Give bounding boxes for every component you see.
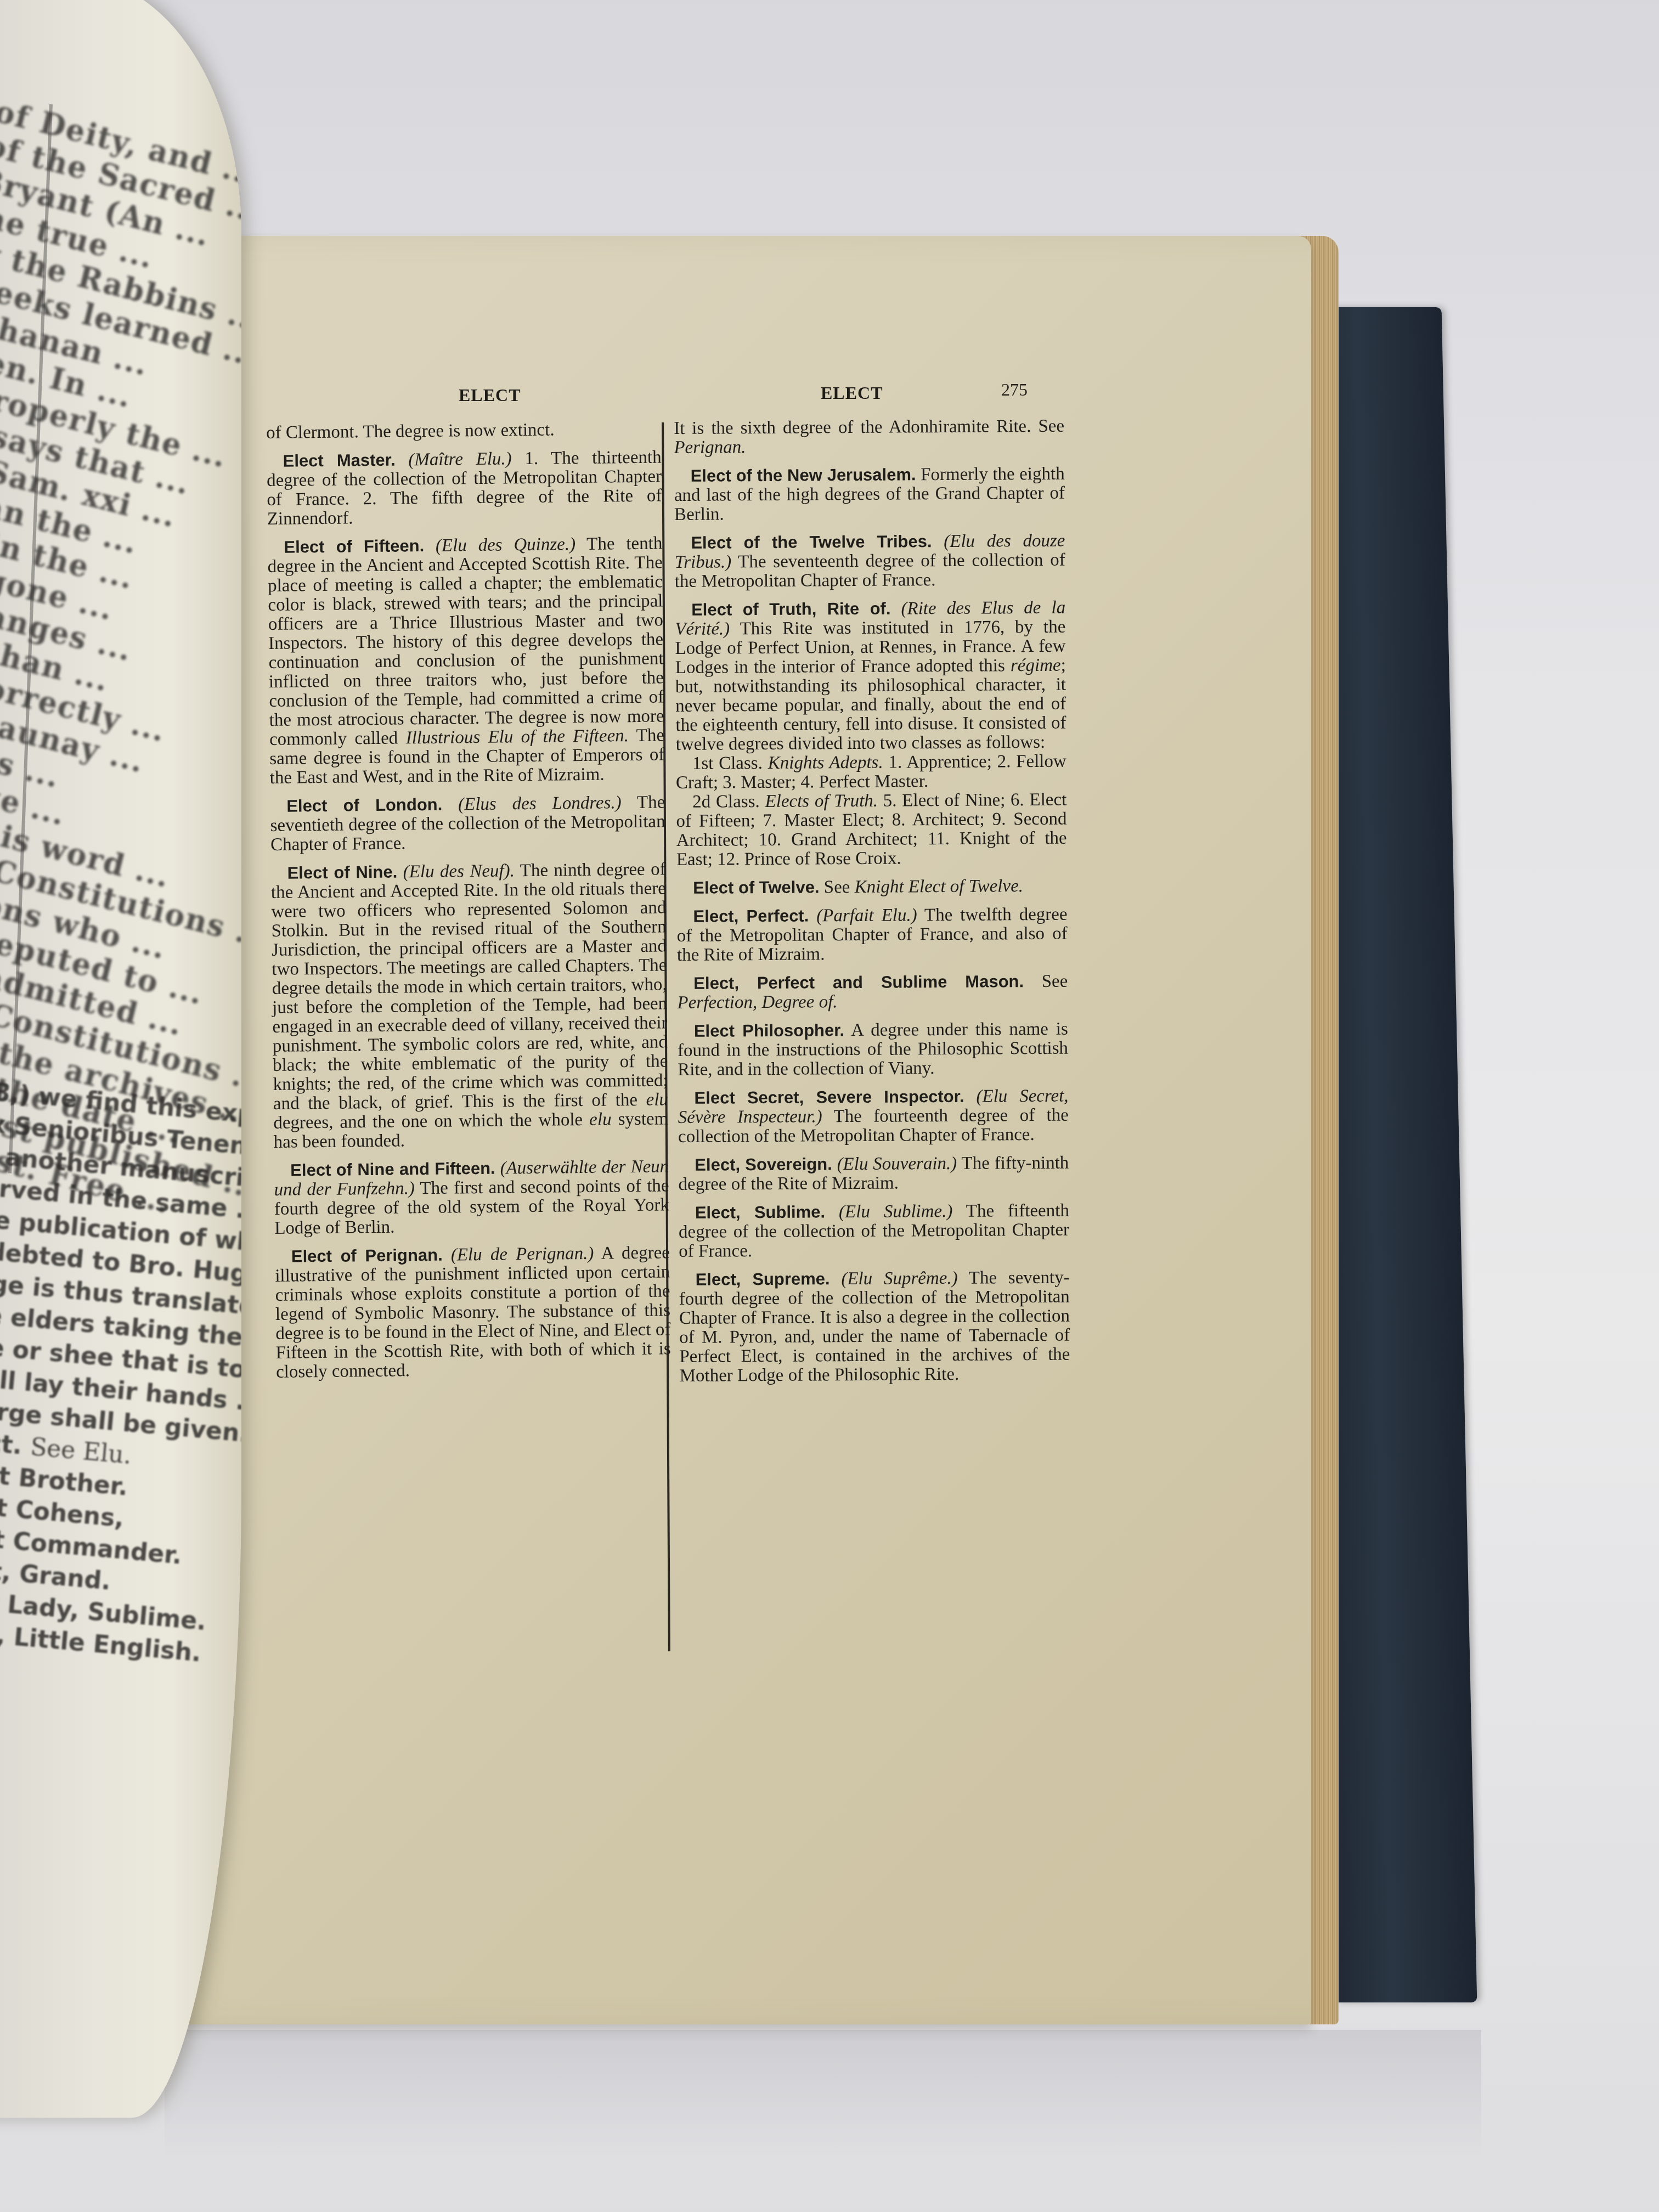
headword: Elect, Perfect and Sublime Mason. — [693, 972, 1024, 993]
entry-elect-philosopher: Elect Philosopher. A degree under this n… — [678, 1019, 1069, 1080]
running-head-right: ELECT — [821, 383, 883, 403]
headword: Elect of Perignan. — [291, 1245, 443, 1266]
entry-elect-of-the-new-jerusalem: Elect of the New Jerusalem. Formerly the… — [674, 464, 1065, 524]
entry-elect-sublime: Elect, Sublime. (Elu Sublime.) The fifte… — [679, 1201, 1070, 1261]
left-page-upper-text: of Deity, and ... of the Sacred ... Brya… — [0, 93, 202, 1166]
entry-elect-sovereign: Elect, Sovereign. (Elu Souverain.) The f… — [678, 1153, 1069, 1194]
column-right: It is the sixth degree of the Adonhirami… — [674, 417, 1070, 1395]
column-left: of Clermont. The degree is now extinct. … — [266, 419, 671, 1390]
entry-elect-of-twelve: Elect of Twelve. See Knight Elect of Twe… — [676, 876, 1067, 898]
entry-elect-of-nine: Elect of Nine. (Elu des Neuf). The ninth… — [270, 859, 668, 1152]
headword: Elect, Supreme. — [695, 1269, 830, 1289]
headword: Elect of Fifteen. — [284, 536, 424, 557]
entry-elect-of-london: Elect of London. (Elus des Londres.) The… — [270, 792, 665, 855]
entry-elect-of-the-twelve-tribes: Elect of the Twelve Tribes. (Elu des dou… — [674, 531, 1065, 591]
page-number: 275 — [1001, 380, 1028, 400]
headword: Elect of the New Jerusalem. — [691, 465, 916, 486]
headword: Elect of London. — [286, 795, 442, 816]
running-head-left: ELECT — [459, 385, 521, 405]
headword: Elect Master. — [283, 450, 396, 471]
entry-elect-supreme: Elect, Supreme. (Elu Suprême.) The seven… — [679, 1268, 1070, 1386]
entry-elect-of-perignan: Elect of Perignan. (Elu de Perignan.) A … — [275, 1243, 672, 1382]
headword: Elect of the Twelve Tribes. — [691, 532, 932, 552]
entry-continuation: It is the sixth degree of the Adonhirami… — [674, 417, 1064, 458]
entry-continuation: of Clermont. The degree is now extinct. — [266, 419, 661, 443]
headword: Elect Secret, Severe Inspector. — [694, 1087, 964, 1108]
headword: Elect of Twelve. — [693, 877, 819, 897]
headword: Elect, Sovereign. — [695, 1154, 832, 1175]
left-page: of Deity, and ... of the Sacred ... Brya… — [0, 0, 241, 2118]
left-page-lower-text: 98,) we find this expression ... ex Seni… — [0, 1075, 196, 1665]
headword: Elect of Truth, Rite of. — [691, 599, 891, 619]
entry-elect-perfect: Elect, Perfect. (Parfait Elu.) The twelf… — [676, 905, 1068, 965]
entry-elect-of-truth-rite-of: Elect of Truth, Rite of. (Rite des Elus … — [675, 598, 1067, 870]
headword: Elect, Sublime. — [695, 1202, 825, 1222]
entry-elect-of-fifteen: Elect of Fifteen. (Elu des Quinze.) The … — [267, 533, 665, 788]
entry-elect-of-nine-and-fifteen: Elect of Nine and Fifteen. (Auserwählte … — [274, 1156, 669, 1238]
entry-elect-master: Elect Master. (Maître Elu.) 1. The thirt… — [267, 447, 662, 529]
entry-elect-perfect-and-sublime-mason: Elect, Perfect and Sublime Mason. See Pe… — [677, 972, 1068, 1013]
headword: Elect, Perfect. — [693, 906, 809, 926]
headword: Elect Philosopher. — [694, 1020, 845, 1041]
entry-elect-secret-severe-inspector: Elect Secret, Severe Inspector. (Elu Sec… — [678, 1086, 1069, 1147]
headword: Elect of Nine. — [287, 862, 397, 883]
table-surface-shadow — [165, 2030, 1481, 2212]
headword: Elect of Nine and Fifteen. — [290, 1159, 495, 1180]
